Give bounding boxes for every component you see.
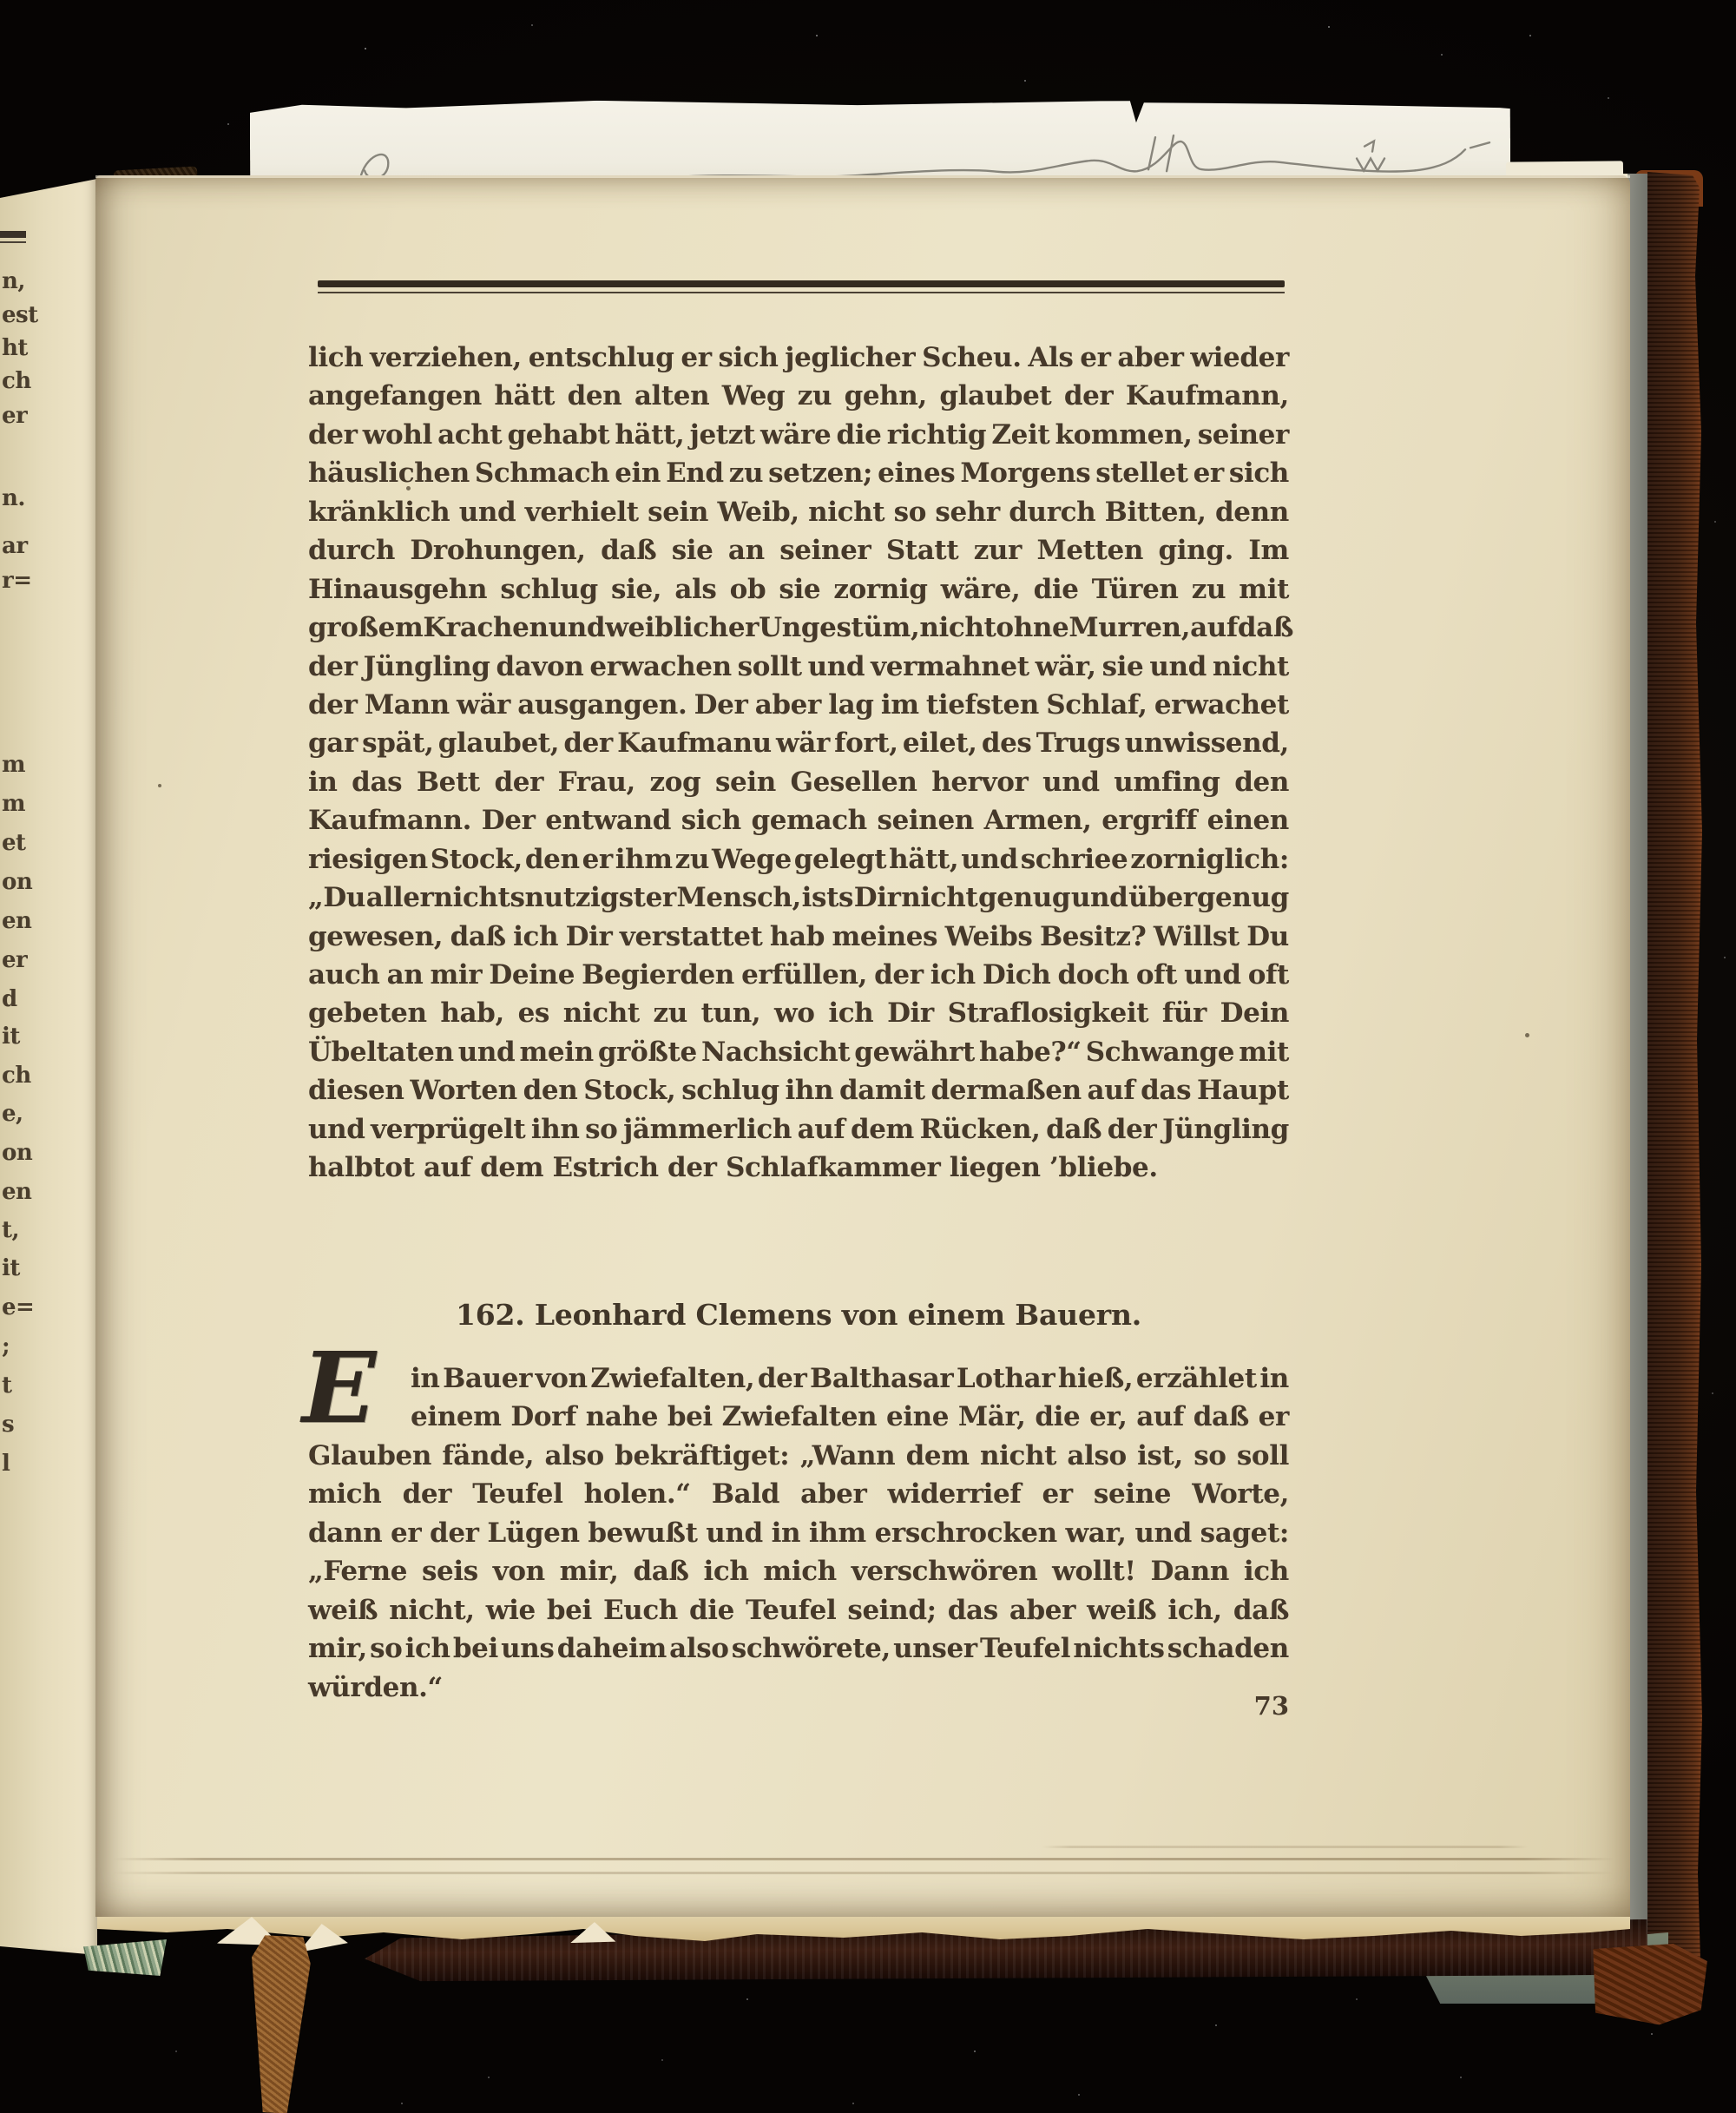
- word: und: [458, 1033, 516, 1071]
- facing-page-rule-fragment: [0, 231, 26, 238]
- word: und: [1071, 879, 1128, 917]
- margin-text-fragment: on: [2, 1140, 40, 1166]
- text-line: angefangenhättdenaltenWegzugehn,glaubetd…: [308, 377, 1289, 415]
- word: zu: [1192, 570, 1226, 609]
- word: so: [894, 493, 926, 531]
- word: Drohungen,: [410, 531, 585, 569]
- word: schlug: [681, 1071, 779, 1109]
- word: ihn: [785, 1071, 833, 1109]
- word: daß: [1193, 1398, 1249, 1436]
- text-line: „Ferneseisvonmir,daßichmichverschwörenwo…: [308, 1552, 1289, 1590]
- section-divider-rule: [318, 280, 1285, 293]
- word: gelegt: [794, 840, 887, 879]
- word: Armen,: [984, 801, 1092, 839]
- word: er,: [1089, 1398, 1127, 1436]
- word: Dorf: [510, 1398, 576, 1436]
- word: der: [1064, 377, 1114, 415]
- word: verhielt: [525, 493, 639, 531]
- word: glaubet,: [438, 724, 559, 762]
- word: zu: [798, 377, 832, 415]
- word: bewußt: [588, 1514, 697, 1552]
- word: seine: [1094, 1475, 1171, 1513]
- word: glaubet: [939, 377, 1051, 415]
- word: Dann: [1151, 1552, 1229, 1590]
- word: Rücken,: [920, 1110, 1041, 1149]
- word: Weg: [722, 377, 786, 415]
- word: wohl: [363, 416, 432, 454]
- margin-text-fragment: r=: [2, 568, 40, 594]
- word: an: [387, 956, 424, 994]
- word: den: [1234, 763, 1289, 801]
- word: bei: [453, 1629, 498, 1668]
- margin-text-fragment: e=: [2, 1294, 40, 1320]
- word: zog: [650, 763, 701, 801]
- word: Schlaf,: [1046, 686, 1147, 724]
- word: er: [1042, 1475, 1072, 1513]
- text-line: gebetenhab,esnichtzutun,woichDirStraflos…: [308, 994, 1289, 1032]
- text-line: auchanmirDeineBegierdenerfüllen,derichDi…: [308, 956, 1289, 994]
- word: und: [308, 1110, 365, 1149]
- word: sich: [718, 339, 778, 377]
- word: der: [403, 1475, 452, 1513]
- text-line: Kaufmann.DerentwandsichgemachseinenArmen…: [308, 801, 1289, 839]
- word: Bald: [712, 1475, 779, 1513]
- text-line: „DuallernichtsnutzigsterMensch,istsDirni…: [308, 879, 1289, 917]
- word: dem: [906, 1437, 970, 1475]
- word: Hinausgehn: [308, 570, 487, 609]
- word: er: [1259, 1398, 1289, 1436]
- story-heading: 162. Leonhard Clemens von einem Bauern.: [308, 1295, 1289, 1335]
- word: angefangen: [308, 377, 482, 415]
- word: kommen,: [1055, 416, 1193, 454]
- word: tun,: [701, 994, 761, 1032]
- word: uns: [501, 1629, 554, 1668]
- word: „Wann: [800, 1437, 896, 1475]
- word: davon: [496, 648, 583, 686]
- word: alten: [635, 377, 709, 415]
- word: vermahnet: [871, 648, 1029, 686]
- word: nicht,: [389, 1591, 474, 1629]
- word: Kaufmann.: [308, 801, 471, 839]
- margin-text-fragment: m: [2, 791, 40, 817]
- word: nicht: [901, 879, 977, 917]
- word: so: [585, 1110, 617, 1149]
- word: Dir: [566, 918, 613, 956]
- word: sie: [1102, 648, 1144, 686]
- margin-text-fragment: er: [2, 947, 40, 973]
- word: ging.: [1158, 531, 1233, 569]
- rule-thin-line: [318, 292, 1285, 293]
- word: auf: [1190, 609, 1238, 647]
- word: „Ferne: [308, 1552, 407, 1590]
- word: Schmach: [475, 454, 609, 492]
- word: Lothar: [957, 1359, 1055, 1398]
- word: größte: [598, 1033, 697, 1071]
- word: die: [837, 416, 882, 454]
- word: Jüngling: [1162, 1110, 1289, 1149]
- margin-text-fragment: n.: [2, 485, 40, 511]
- word: lich: [308, 339, 363, 377]
- word: mit: [1239, 1033, 1289, 1071]
- dust-specks: [0, 0, 2, 2]
- word: das: [1141, 1071, 1191, 1109]
- word: Mann: [365, 686, 450, 724]
- word: oft: [1136, 956, 1177, 994]
- word: Besitz?: [1040, 918, 1146, 956]
- word: also: [544, 1437, 603, 1475]
- word: gewährt: [854, 1033, 975, 1071]
- word: Der: [694, 686, 748, 724]
- word: mir,: [560, 1552, 619, 1590]
- word: Balthasar: [810, 1359, 953, 1398]
- word: zu: [729, 454, 763, 492]
- word: des: [982, 724, 1032, 762]
- word: war,: [1066, 1514, 1127, 1552]
- word: entwand: [545, 801, 671, 839]
- word: entschlug: [529, 339, 674, 377]
- word: spät,: [362, 724, 433, 762]
- word: als: [674, 570, 716, 609]
- word: also: [1067, 1437, 1126, 1475]
- word: Glauben: [308, 1437, 431, 1475]
- word: ich: [1244, 1552, 1289, 1590]
- word: hab: [770, 918, 825, 956]
- word: ich: [930, 956, 976, 994]
- word: Im: [1248, 531, 1289, 569]
- word: so: [1193, 1437, 1226, 1475]
- word: Dein: [1220, 994, 1289, 1032]
- word: und: [1134, 1514, 1192, 1552]
- word: seis: [422, 1552, 478, 1590]
- word: der: [1108, 1110, 1157, 1149]
- word: Übeltaten: [308, 1033, 454, 1071]
- word: tiefsten: [926, 686, 1039, 724]
- word: zorniglich:: [1130, 840, 1289, 879]
- word: ihn: [531, 1110, 580, 1149]
- word: sollt: [738, 648, 802, 686]
- word: auf: [1136, 1398, 1184, 1436]
- page-crease-line: [113, 1858, 1614, 1860]
- word: mich: [763, 1552, 836, 1590]
- word: verstattet: [620, 918, 763, 956]
- word: zu: [675, 840, 709, 879]
- cover-cloth-grey-strip: [1627, 174, 1650, 1962]
- word: den: [525, 840, 580, 879]
- word: stellet: [1095, 454, 1187, 492]
- margin-text-fragment: ht: [2, 335, 40, 361]
- word: hieß,: [1058, 1359, 1133, 1398]
- margin-text-fragment: t: [2, 1372, 40, 1399]
- word: genug: [978, 879, 1070, 917]
- word: Scheu.: [922, 339, 1021, 377]
- word: mein: [519, 1033, 593, 1071]
- word: seind;: [847, 1591, 936, 1629]
- word: bei: [547, 1591, 592, 1629]
- margin-text-fragment: it: [2, 1024, 40, 1050]
- word: End: [666, 454, 724, 492]
- word: mich: [308, 1475, 381, 1513]
- margin-text-fragment: ;: [2, 1333, 40, 1359]
- word: Zwiefalten: [722, 1398, 878, 1436]
- word: acht: [437, 416, 502, 454]
- photo-of-open-book: n,esthtchern.arr=mmetonenerditche,onent,…: [0, 0, 1736, 2113]
- word: Begierden: [582, 956, 734, 994]
- word: ich: [513, 918, 558, 956]
- text-line: häuslichenSchmacheinEndzusetzen;einesMor…: [308, 454, 1289, 492]
- word: meines: [832, 918, 937, 956]
- word: für: [1162, 994, 1207, 1032]
- word: daß: [1233, 1591, 1289, 1629]
- word: hätt,: [615, 416, 684, 454]
- text-line: weißnicht,wiebeiEuchdieTeufelseind;dasab…: [308, 1591, 1289, 1629]
- book-page: lichverziehen,entschlugersichjeglicherSc…: [95, 175, 1630, 1917]
- word: diesen: [308, 1071, 404, 1109]
- word: verziehen,: [370, 339, 522, 377]
- word: erzählet: [1136, 1359, 1257, 1398]
- word: Jüngling: [364, 648, 490, 686]
- text-line: undverprügeltihnsojämmerlichaufdemRücken…: [308, 1110, 1289, 1149]
- word: Schwange: [1086, 1033, 1234, 1071]
- text-line: lichverziehen,entschlugersichjeglicherSc…: [308, 339, 1289, 377]
- word: nicht: [980, 1437, 1056, 1475]
- word: bei: [667, 1398, 713, 1436]
- word: seiner: [779, 531, 871, 569]
- word: gebeten: [308, 994, 427, 1032]
- word: Trugs: [1036, 724, 1121, 762]
- word: wieder: [1190, 339, 1289, 377]
- margin-text-fragment: et: [2, 830, 40, 856]
- text-line: dannerderLügenbewußtundinihmerschrockenw…: [308, 1514, 1289, 1552]
- word: Metten: [1036, 531, 1143, 569]
- word: den: [568, 377, 622, 415]
- word: ohne: [996, 609, 1069, 647]
- margin-text-fragment: e,: [2, 1101, 40, 1127]
- text-line: michderTeufelholen.“Baldaberwiderriefers…: [308, 1475, 1289, 1513]
- word: daß: [1238, 609, 1293, 647]
- word: saget:: [1200, 1514, 1289, 1552]
- word: auf: [1088, 1071, 1135, 1109]
- word: widerrief: [888, 1475, 1022, 1513]
- word: in: [1259, 1359, 1289, 1398]
- word: denn: [1215, 493, 1289, 531]
- margin-text-fragment: est: [2, 302, 40, 328]
- word: Kaufmanu: [617, 724, 772, 762]
- facing-page-strip: n,esthtchern.arr=mmetonenerditche,onent,…: [0, 179, 97, 1955]
- word: sein: [715, 763, 776, 801]
- word: schwörete,: [732, 1629, 891, 1668]
- word: gemach: [752, 801, 867, 839]
- word: und: [961, 840, 1018, 879]
- word: daß: [1046, 1110, 1101, 1149]
- word: Euch: [603, 1591, 678, 1629]
- word: weiß: [1087, 1591, 1156, 1629]
- word: wo: [774, 994, 815, 1032]
- word: ists: [802, 879, 853, 917]
- word: daß: [633, 1552, 688, 1590]
- margin-text-fragment: on: [2, 869, 40, 895]
- word: nichts: [1073, 1629, 1164, 1668]
- word: sie,: [611, 570, 661, 609]
- word: umfing: [1114, 763, 1220, 801]
- word: ich,: [1167, 1591, 1221, 1629]
- word: Bauer: [443, 1359, 532, 1398]
- word: ob: [730, 570, 766, 609]
- word: einem: [411, 1398, 502, 1436]
- paragraph-1: lichverziehen,entschlugersichjeglicherSc…: [308, 339, 1289, 1188]
- word: schriee: [1021, 840, 1128, 879]
- word: holen.“: [584, 1475, 691, 1513]
- word: verschwören: [852, 1552, 1038, 1590]
- word: und: [549, 609, 606, 647]
- word: dem: [851, 1110, 914, 1149]
- word: also: [669, 1629, 728, 1668]
- margin-text-fragment: ch: [2, 1063, 40, 1089]
- word: Du: [1246, 918, 1289, 956]
- word: Bitten,: [1105, 493, 1207, 531]
- word: gewesen,: [308, 918, 443, 956]
- word: erwachen: [589, 648, 731, 686]
- word: Worten: [410, 1071, 516, 1109]
- word: er: [681, 339, 711, 377]
- word: wäre,: [941, 570, 1021, 609]
- word: von: [536, 1359, 588, 1398]
- word: in: [772, 1514, 801, 1552]
- word: nicht: [919, 609, 996, 647]
- word: fort,: [834, 724, 898, 762]
- word: der: [308, 416, 358, 454]
- word: Dir: [854, 879, 901, 917]
- word: „Du: [308, 879, 365, 917]
- word: nahe: [586, 1398, 658, 1436]
- word: Teufel: [746, 1591, 836, 1629]
- word: an: [728, 531, 765, 569]
- text-line: kränklichundverhieltseinWeib,nichtsosehr…: [308, 493, 1289, 531]
- word: ein: [615, 454, 661, 492]
- word: eine: [886, 1398, 949, 1436]
- word: er: [391, 1514, 421, 1552]
- word: hätt: [494, 377, 555, 415]
- text-line: indasBettderFrau,zogseinGesellenhervorun…: [308, 763, 1289, 801]
- word: Krachen: [423, 609, 548, 647]
- margin-text-fragment: er: [2, 403, 40, 429]
- text-line: ÜbeltatenundmeingrößteNachsichtgewährtha…: [308, 1033, 1289, 1071]
- word: Worte,: [1192, 1475, 1289, 1513]
- word: Zwiefalten,: [590, 1359, 754, 1398]
- word: Lügen: [487, 1514, 579, 1552]
- word: ich: [828, 994, 873, 1032]
- word: sich: [681, 801, 741, 839]
- word: und: [459, 493, 516, 531]
- word: der: [874, 956, 924, 994]
- word: Bett: [417, 763, 480, 801]
- word: häuslichen: [308, 454, 470, 492]
- word: und: [1149, 648, 1207, 686]
- word: großem: [308, 609, 423, 647]
- word: eines: [878, 454, 955, 492]
- page-crease-line: [1042, 1846, 1528, 1848]
- word: daheim: [557, 1629, 667, 1668]
- margin-text-fragment: t,: [2, 1217, 40, 1243]
- page-crease-line: [113, 1872, 1614, 1874]
- word: jämmerlich: [623, 1110, 792, 1149]
- word: sehr: [935, 493, 999, 531]
- word: wär,: [1036, 648, 1096, 686]
- word: Haupt: [1197, 1071, 1289, 1109]
- word: Weibs: [945, 918, 1033, 956]
- word: aber: [755, 686, 821, 724]
- text-line: großemKrachenundweiblicherUngestüm,nicht…: [308, 609, 1289, 647]
- word: auch: [308, 956, 379, 994]
- text-line: garspät,glaubet,derKaufmanuwärfort,eilet…: [308, 724, 1289, 762]
- word: unwissend,: [1125, 724, 1289, 762]
- word: Teufel: [472, 1475, 562, 1513]
- word: die: [1034, 570, 1079, 609]
- paragraph-2: inBauervonZwiefalten,derBalthasarLotharh…: [308, 1359, 1289, 1707]
- word: in: [411, 1359, 440, 1398]
- word: schlug: [500, 570, 597, 609]
- text-line: halbtot auf dem Estrich der Schlafkammer…: [308, 1149, 1289, 1187]
- word: Weib,: [717, 493, 799, 531]
- word: wollt!: [1052, 1552, 1135, 1590]
- word: sie: [779, 570, 820, 609]
- word: wäre: [760, 416, 831, 454]
- word: ihm: [615, 840, 673, 879]
- word: er: [1080, 339, 1110, 377]
- word: zornig: [833, 570, 927, 609]
- word: ich: [405, 1629, 450, 1668]
- margin-text-fragment: d: [2, 986, 40, 1012]
- word: der: [308, 648, 358, 686]
- word: der: [563, 724, 613, 762]
- word: mit: [1239, 570, 1289, 609]
- word: dann: [308, 1514, 382, 1552]
- text-line: diesenWortendenStock,schlugihndamitderma…: [308, 1071, 1289, 1109]
- word: aber: [800, 1475, 866, 1513]
- word: wie: [486, 1591, 536, 1629]
- word: die: [1035, 1398, 1080, 1436]
- word: den: [523, 1071, 578, 1109]
- word: Statt: [886, 531, 958, 569]
- margin-text-fragment: it: [2, 1255, 40, 1281]
- word: daß: [601, 531, 656, 569]
- word: dermaßen: [930, 1071, 1081, 1109]
- word: mir,: [308, 1629, 367, 1668]
- word: ergriff: [1101, 801, 1197, 839]
- word: einen: [1207, 801, 1289, 839]
- book-cover-corner: [1590, 1941, 1707, 2027]
- text-line: Hinausgehnschlugsie,alsobsiezornigwäre,d…: [308, 570, 1289, 609]
- word: Stock,: [583, 1071, 675, 1109]
- word: Dir: [887, 994, 934, 1032]
- word: gehn,: [845, 377, 927, 415]
- word: seiner: [1198, 416, 1289, 454]
- word: und: [1184, 956, 1241, 994]
- word: aber: [1117, 339, 1183, 377]
- word: er: [1193, 454, 1224, 492]
- word: das: [352, 763, 402, 801]
- word: nicht: [808, 493, 884, 531]
- word: wär: [457, 686, 510, 724]
- word: durch: [308, 531, 395, 569]
- word: Zeit: [991, 416, 1049, 454]
- word: Frau,: [558, 763, 635, 801]
- word: Morgens: [960, 454, 1090, 492]
- word: Nachsicht: [701, 1033, 850, 1071]
- word: erschrocken: [875, 1514, 1057, 1552]
- word: doch: [1058, 956, 1129, 994]
- word: fände,: [442, 1437, 534, 1475]
- word: riesigen: [308, 840, 428, 879]
